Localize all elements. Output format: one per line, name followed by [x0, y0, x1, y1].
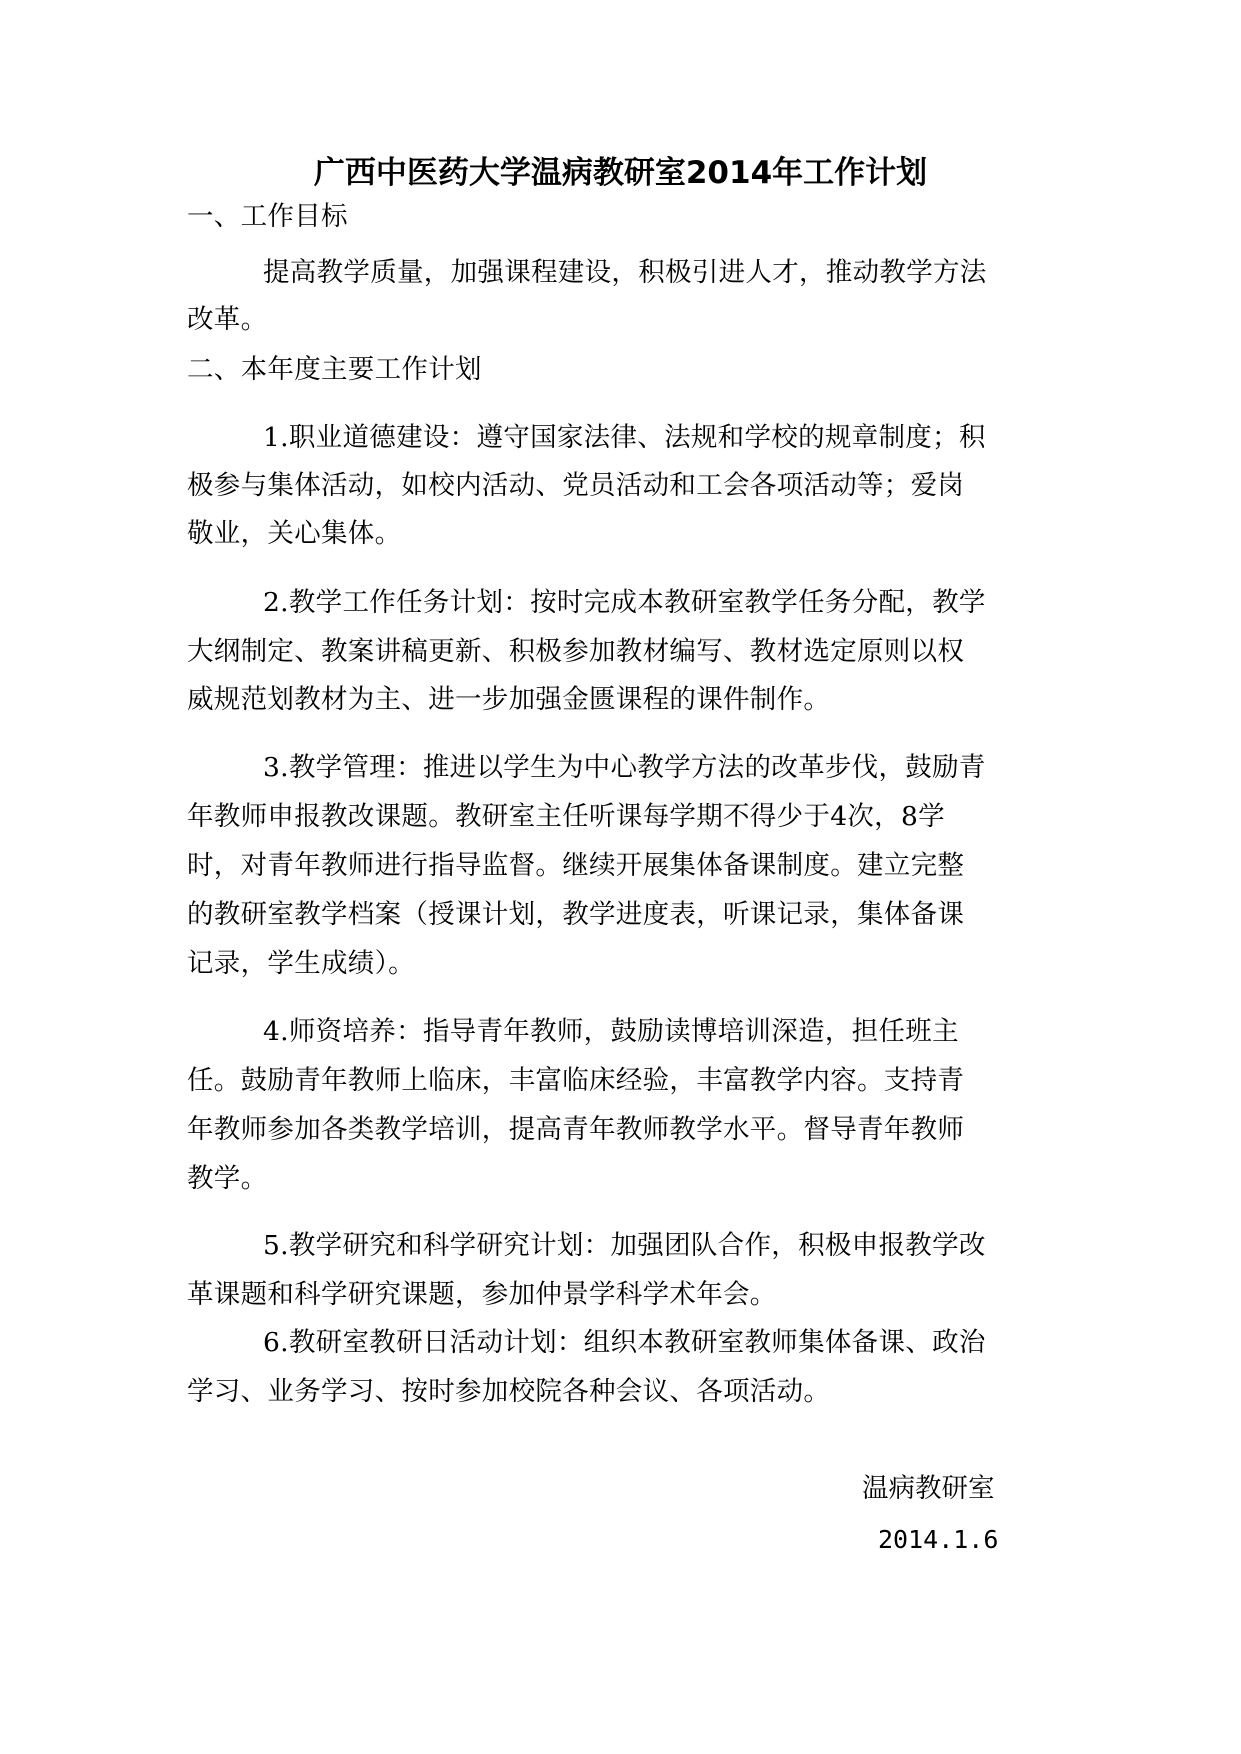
plan-item-6-line: 6.教研室教研日活动计划：组织本教研室教师集体备课、政治 — [263, 1323, 986, 1363]
plan-item-2-line: 威规范划教材为主、进一步加强金匮课程的课件制作。 — [187, 680, 830, 720]
plan-item-4-line: 教学。 — [187, 1159, 267, 1199]
plan-item-4-line: 任。鼓励青年教师上临床，丰富临床经验，丰富教学内容。支持青 — [187, 1061, 964, 1101]
plan-item-2-line: 2.教学工作任务计划：按时完成本教研室教学任务分配，教学 — [263, 583, 986, 623]
plan-item-1-line: 1.职业道德建设：遵守国家法律、法规和学校的规章制度；积 — [263, 418, 986, 458]
plan-item-3-line: 的教研室教学档案（授课计划，教学进度表，听课记录，集体备课 — [187, 895, 964, 935]
plan-item-3-line: 记录，学生成绩）。 — [187, 944, 415, 984]
plan-item-3-line: 年教师申报教改课题。教研室主任听课每学期不得少于4次，8学 — [187, 797, 945, 837]
plan-item-4-line: 4.师资培养：指导青年教师，鼓励读博培训深造，担任班主 — [263, 1012, 959, 1052]
goals-paragraph-line: 提高教学质量，加强课程建设，积极引进人才，推动教学方法 — [263, 253, 987, 293]
plan-item-2-line: 大纲制定、教案讲稿更新、积极参加教材编写、教材选定原则以权 — [187, 632, 964, 672]
plan-item-1-line: 极参与集体活动，如校内活动、党员活动和工会各项活动等；爱岗 — [187, 466, 964, 506]
plan-item-5-line: 革课题和科学研究课题，参加仲景学科学术年会。 — [187, 1275, 777, 1315]
document-title: 广西中医药大学温病教研室2014年工作计划 — [0, 153, 1241, 193]
plan-item-5-line: 5.教学研究和科学研究计划：加强团队合作，积极申报教学改 — [263, 1226, 986, 1266]
plan-item-1-line: 敬业，关心集体。 — [187, 514, 401, 554]
plan-item-3-line: 3.教学管理：推进以学生为中心教学方法的改革步伐，鼓励青 — [263, 748, 986, 788]
plan-item-3-line: 时，对青年教师进行指导监督。继续开展集体备课制度。建立完整 — [187, 846, 964, 886]
signature-date: 2014.1.6 — [878, 1520, 998, 1560]
signature-department: 温病教研室 — [862, 1469, 995, 1509]
plan-item-4-line: 年教师参加各类教学培训，提高青年教师教学水平。督导青年教师 — [187, 1110, 964, 1150]
goals-paragraph-line: 改革。 — [187, 300, 267, 340]
document-page: 广西中医药大学温病教研室2014年工作计划 一、工作目标 提高教学质量，加强课程… — [0, 0, 1241, 1754]
plan-item-6-line: 学习、业务学习、按时参加校院各种会议、各项活动。 — [187, 1372, 830, 1412]
section-heading-annual-plan: 二、本年度主要工作计划 — [187, 350, 482, 390]
section-heading-goals: 一、工作目标 — [187, 197, 348, 237]
